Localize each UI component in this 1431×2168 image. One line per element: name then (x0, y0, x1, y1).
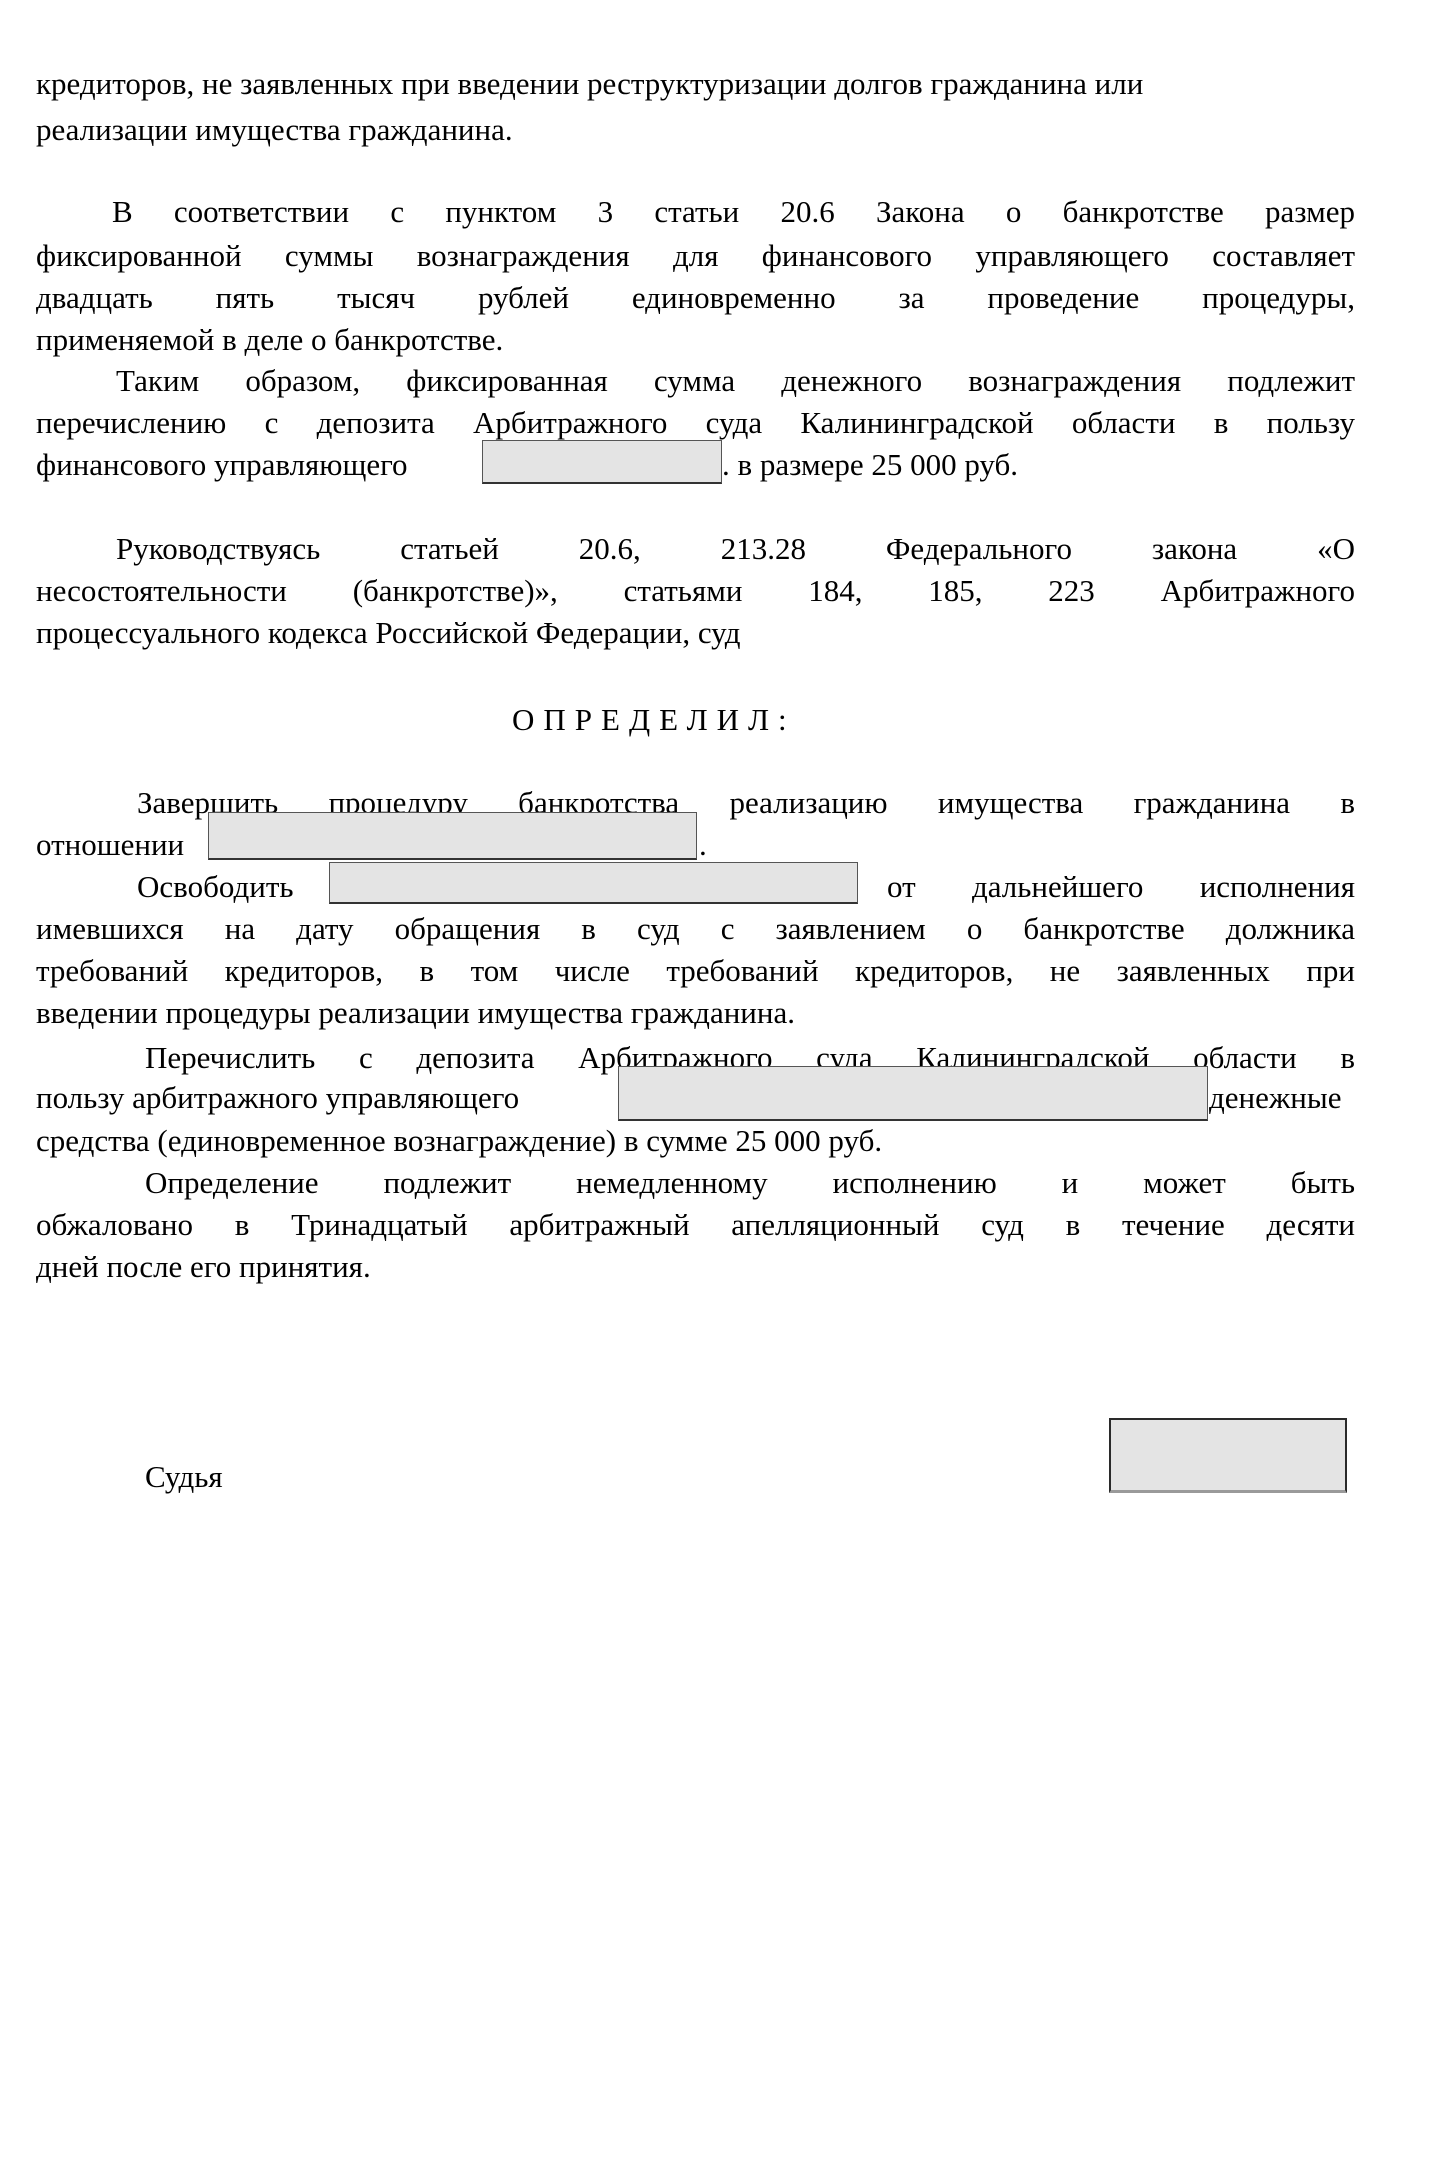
paragraph-line: финансового управляющего (36, 444, 408, 486)
redacted-financial-manager-name (482, 440, 722, 484)
paragraph-line: несостоятельности (банкротстве)», статья… (36, 570, 1355, 612)
ruling-heading: ОПРЕДЕЛИЛ: (512, 699, 796, 741)
paragraph-line: В соответствии с пунктом 3 статьи 20.6 З… (112, 191, 1355, 233)
redacted-judge-signature (1109, 1418, 1347, 1493)
paragraph-line: Освободить (137, 866, 294, 908)
paragraph-line: средства (единовременное вознаграждение)… (36, 1120, 882, 1162)
paragraph-line: пользу арбитражного управляющего (36, 1077, 519, 1119)
paragraph-line: имевшихся на дату обращения в суд с заяв… (36, 908, 1355, 950)
paragraph-line: отношении (36, 824, 184, 866)
paragraph-line: двадцать пять тысяч рублей единовременно… (36, 277, 1355, 319)
redacted-debtor-name (329, 862, 858, 904)
redacted-arbitration-manager-name (618, 1066, 1208, 1121)
paragraph-line: Определение подлежит немедленному исполн… (145, 1162, 1355, 1204)
paragraph-line: Таким образом, фиксированная сумма денеж… (116, 360, 1355, 402)
judge-label: Судья (145, 1456, 223, 1498)
paragraph-line: дней после его принятия. (36, 1246, 371, 1288)
paragraph-line: процессуального кодекса Российской Федер… (36, 612, 741, 654)
document-page: кредиторов, не заявленных при введении р… (0, 0, 1431, 2168)
paragraph-line: реализации имущества гражданина. (36, 109, 513, 151)
paragraph-line: кредиторов, не заявленных при введении р… (36, 63, 1355, 105)
paragraph-line: . в размере 25 000 руб. (722, 444, 1018, 486)
paragraph-line: перечислению с депозита Арбитражного суд… (36, 402, 1355, 444)
paragraph-line: фиксированной суммы вознаграждения для ф… (36, 235, 1355, 277)
paragraph-line: денежные (1209, 1077, 1341, 1119)
paragraph-line: требований кредиторов, в том числе требо… (36, 950, 1355, 992)
redacted-debtor-name (208, 812, 697, 860)
paragraph-line: от дальнейшего исполнения (887, 866, 1355, 908)
paragraph-line: применяемой в деле о банкротстве. (36, 319, 503, 361)
paragraph-line: введении процедуры реализации имущества … (36, 992, 795, 1034)
paragraph-line: Руководствуясь статьей 20.6, 213.28 Феде… (116, 528, 1355, 570)
paragraph-line: обжаловано в Тринадцатый арбитражный апе… (36, 1204, 1355, 1246)
paragraph-line: . (699, 824, 707, 866)
